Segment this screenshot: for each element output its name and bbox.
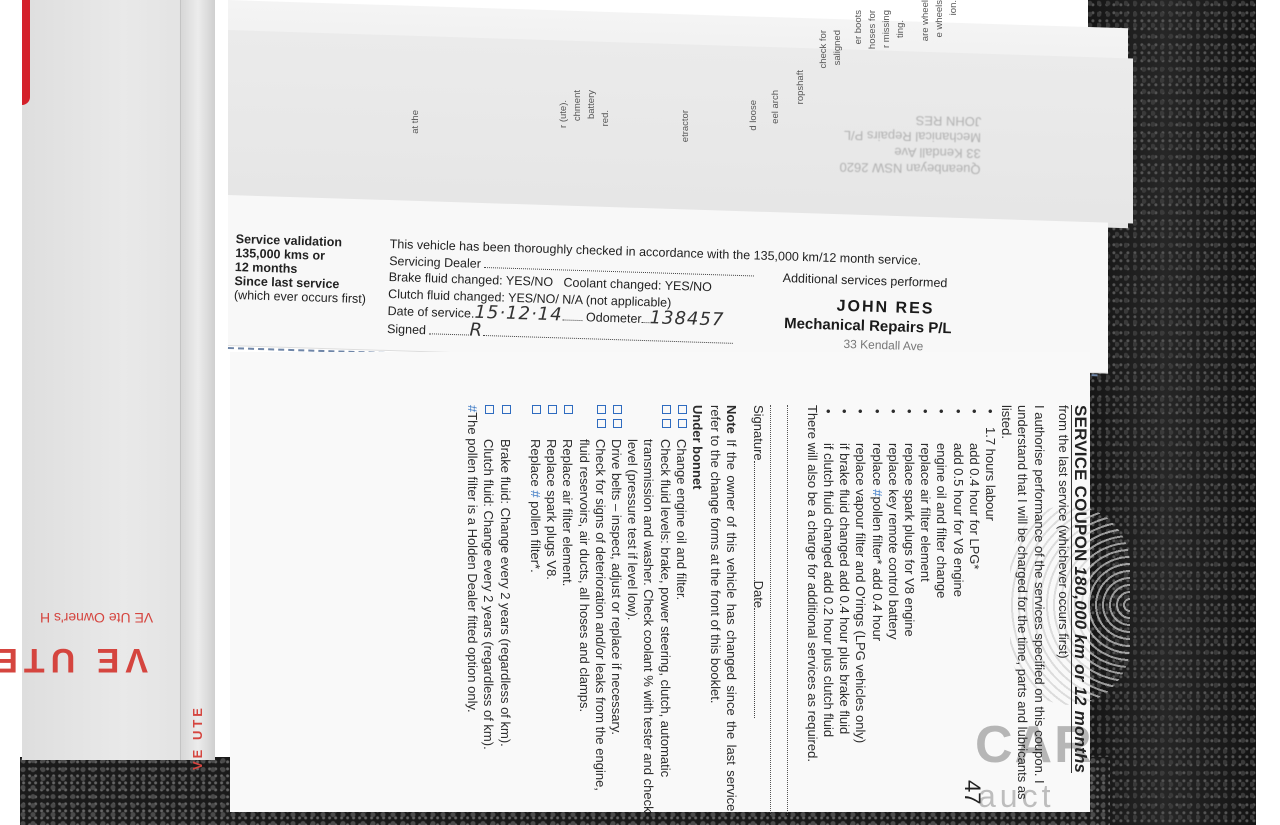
upper-page-fragment: battery — [586, 90, 597, 119]
service-coupon-content: SERVICE COUPON 180,000 km or 12 months f… — [228, 405, 1088, 815]
upper-page-fragment: red. — [600, 110, 611, 126]
upper-page-fragment: eel arch — [770, 90, 781, 124]
checkbox[interactable] — [678, 419, 687, 428]
bullet-icon: • — [885, 409, 901, 414]
checklist-item: Change engine oil and filter. — [673, 405, 689, 815]
checkbox[interactable] — [613, 405, 622, 414]
bullet-icon: • — [966, 409, 982, 414]
checklist-item: Check for signs of deterioration and/or … — [575, 405, 607, 815]
upper-page-fragment: chment — [572, 90, 583, 121]
upper-page-fragment: etractor — [680, 110, 691, 142]
under-bonnet-heading: Under bonnet — [689, 405, 705, 815]
upper-page-fragment: ropshaft — [795, 70, 806, 104]
upper-page-fragment: ting. — [895, 20, 906, 38]
upper-page-fragment: r missing — [881, 10, 892, 48]
coupon-title: SERVICE COUPON 180,000 km or 12 months — [1071, 405, 1088, 773]
checkbox[interactable] — [548, 405, 557, 414]
coupon-subtitle: from the last service (whichever occurs … — [1055, 405, 1071, 815]
bullet-icon: • — [836, 409, 852, 414]
checklist-item: Replace air filter element. — [559, 405, 575, 815]
bullet-icon: • — [949, 409, 965, 414]
checklist-item: Brake fluid: Change every 2 years (regar… — [497, 405, 513, 815]
odometer-value: 138457 — [649, 307, 724, 330]
checkbox[interactable] — [678, 405, 687, 414]
labour-items-list: •1.7 hours labour•add 0.4 hour for LPG*•… — [820, 405, 998, 815]
additional-services-line-2[interactable] — [770, 405, 785, 815]
bullet-icon: • — [982, 409, 998, 414]
additional-charge-text: There will also be a charge for addition… — [804, 405, 820, 815]
bleed-through-stamp: Queanbeyan NSW 2620 33 Kendall Ave Mecha… — [839, 111, 981, 177]
upper-page-fragment: hoses for — [867, 10, 878, 49]
upper-page-fragment: d loose — [748, 100, 759, 131]
labour-item: •replace key remote control battery — [885, 405, 901, 815]
upper-page-fragment: er boots — [853, 10, 864, 44]
spine-label: VE UTE — [190, 705, 205, 770]
background — [0, 0, 24, 825]
checklist-item: Replace # pollen filter*. — [527, 405, 543, 815]
labour-item: •add 0.4 hour for LPG* — [966, 405, 982, 815]
upper-page-fragment: at the — [410, 110, 421, 134]
checkbox[interactable] — [502, 405, 511, 414]
bullet-icon: • — [852, 409, 868, 414]
under-bonnet-checklist: Change engine oil and filter.Check fluid… — [527, 405, 689, 815]
fluid-change-notes: Brake fluid: Change every 2 years (regar… — [464, 405, 513, 815]
upper-page-fragment: are wheel — [920, 0, 931, 41]
owner-change-note: Note If the owner of this vehicle has ch… — [707, 405, 739, 815]
checkbox[interactable] — [486, 405, 495, 414]
checkbox[interactable] — [597, 419, 606, 428]
checklist-item: Replace spark plugs V8. — [543, 405, 559, 815]
checklist-item: Clutch fluid: Change every 2 years (rega… — [480, 405, 496, 815]
authorisation-text: I authorise performance of the services … — [998, 405, 1047, 815]
upper-page-fragment: e wheels — [934, 0, 945, 38]
checkbox[interactable] — [532, 405, 541, 414]
signature-date-field[interactable]: SignatureDate — [749, 405, 765, 815]
background-edge — [1256, 0, 1280, 825]
bullet-icon: • — [917, 409, 933, 414]
labour-item: •replace air filter element — [917, 405, 933, 815]
labour-item: •add 0.5 hour for V8 engine — [949, 405, 965, 815]
checkbox[interactable] — [597, 405, 606, 414]
manual-spine — [180, 0, 215, 760]
upper-page-fragment: ion. — [948, 0, 959, 15]
labour-item: •replace spark plugs for V8 engine — [901, 405, 917, 815]
signature-mark: R — [469, 319, 483, 340]
checkbox[interactable] — [662, 419, 671, 428]
date-of-service-value: 15·12·14 — [474, 302, 563, 326]
labour-item: •engine oil and filter change — [933, 405, 949, 815]
cover-red-accent — [22, 0, 30, 105]
checkbox[interactable] — [564, 405, 573, 414]
page-number: 47 — [959, 780, 985, 804]
checklist-item: Check fluid levels: brake, power steerin… — [624, 405, 673, 815]
labour-item: •if brake fluid changed add 0.4 hour plu… — [836, 405, 852, 815]
labour-item: •if clutch fluid changed add 0.2 hour pl… — [820, 405, 836, 815]
validation-label: Service validation 135,000 kms or 12 mon… — [234, 232, 368, 306]
cover-title: VE UTE — [28, 640, 148, 679]
upper-page-fragment: check for — [818, 30, 829, 69]
labour-item: •replace vapour filter and O'rings (LPG … — [852, 405, 868, 815]
additional-services-line-1[interactable] — [787, 405, 802, 815]
labour-item: •1.7 hours labour — [982, 405, 998, 815]
checkbox[interactable] — [662, 405, 671, 414]
bullet-icon: • — [901, 409, 917, 414]
checkbox[interactable] — [613, 419, 622, 428]
bullet-icon: • — [820, 409, 836, 414]
labour-item: •replace #pollen filter* add 0.4 hour — [868, 405, 884, 815]
bullet-icon: • — [933, 409, 949, 414]
checklist-item: #The pollen filter is a Holden Dealer fi… — [464, 405, 480, 815]
checklist-item: Drive belts – inspect, adjust or replace… — [608, 405, 624, 815]
upper-page-fragment: r (ute). — [558, 100, 569, 128]
bullet-icon: • — [868, 409, 884, 414]
cover-subtitle: VE Ute Owner's H — [40, 610, 153, 626]
upper-page-fragment: saligned — [832, 30, 843, 65]
